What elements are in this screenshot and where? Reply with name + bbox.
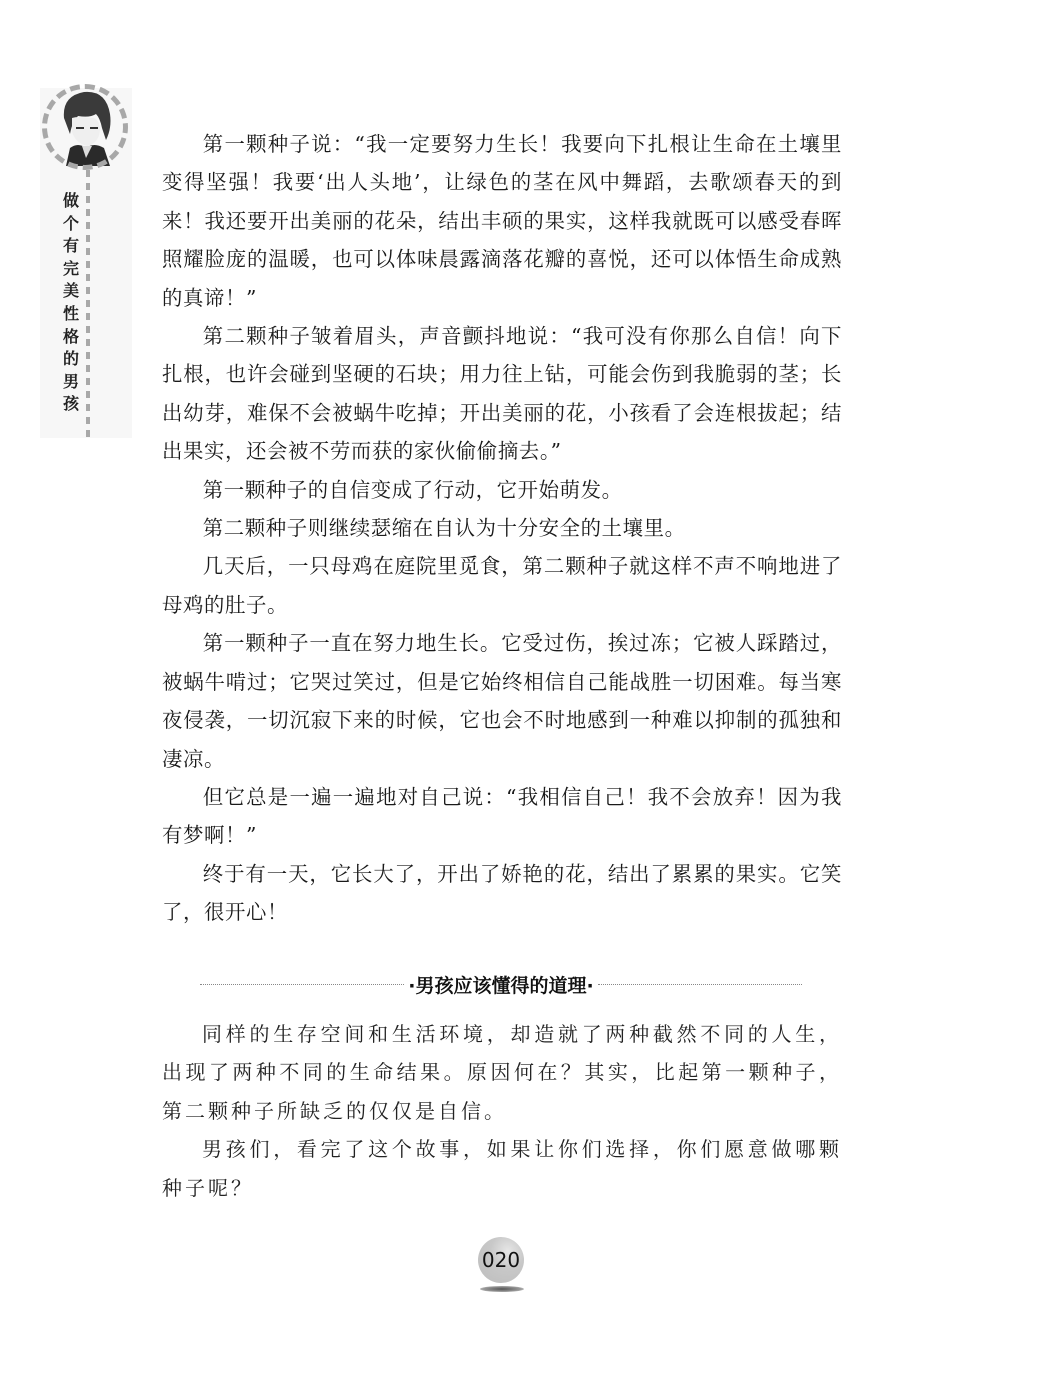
- series-title-char: 做: [63, 190, 79, 213]
- avatar-frame-ring: [42, 84, 128, 170]
- story-body: 第一颗种子说：“我一定要努力生长！我要向下扎根让生命在土壤里变得坚强！我要‘出人…: [162, 125, 842, 932]
- series-title-char: 的: [63, 348, 79, 371]
- series-title-vertical: 做 个 有 完 美 性 格 的 男 孩: [58, 190, 84, 416]
- series-title-char: 男: [63, 371, 79, 394]
- section-divider: ·男孩应该懂得的道理·: [200, 966, 802, 1002]
- lesson-paragraph: 同样的生存空间和生活环境，却造就了两种截然不同的人生，出现了两种不同的生命结果。…: [162, 1015, 842, 1130]
- divider-dotted-rule-right: [598, 984, 802, 985]
- divider-dotted-rule-left: [200, 984, 404, 985]
- page-number: 020: [482, 1248, 520, 1272]
- story-paragraph: 第一颗种子的自信变成了行动，它开始萌发。: [162, 471, 842, 509]
- story-paragraph: 几天后，一只母鸡在庭院里觅食，第二颗种子就这样不声不响地进了母鸡的肚子。: [162, 547, 842, 624]
- series-title-char: 孩: [63, 393, 79, 416]
- series-title-char: 格: [63, 326, 79, 349]
- sidebar-dotted-line: [86, 170, 90, 438]
- lesson-paragraph: 男孩们，看完了这个故事，如果让你们选择，你们愿意做哪颗种子呢？: [162, 1130, 842, 1207]
- series-title-char: 个: [63, 213, 79, 236]
- series-title-char: 有: [63, 235, 79, 258]
- page-badge-shadow: [480, 1286, 524, 1292]
- story-paragraph: 第一颗种子一直在努力地生长。它受过伤，挨过冻；它被人踩踏过，被蜗牛啃过；它哭过笑…: [162, 624, 842, 778]
- lesson-body: 同样的生存空间和生活环境，却造就了两种截然不同的人生，出现了两种不同的生命结果。…: [162, 1015, 842, 1207]
- series-title-char: 美: [63, 280, 79, 303]
- page-number-badge: 020: [478, 1237, 524, 1283]
- section-heading: ·男孩应该懂得的道理·: [404, 971, 597, 998]
- story-paragraph: 但它总是一遍一遍地对自己说：“我相信自己！我不会放弃！因为我有梦啊！”: [162, 778, 842, 855]
- story-paragraph: 终于有一天，它长大了，开出了娇艳的花，结出了累累的果实。它笑了，很开心！: [162, 855, 842, 932]
- story-paragraph: 第二颗种子皱着眉头，声音颤抖地说：“我可没有你那么自信！向下扎根，也许会碰到坚硬…: [162, 317, 842, 471]
- series-title-char: 性: [63, 303, 79, 326]
- story-paragraph: 第二颗种子则继续瑟缩在自认为十分安全的土壤里。: [162, 509, 842, 547]
- series-title-char: 完: [63, 258, 79, 281]
- story-paragraph: 第一颗种子说：“我一定要努力生长！我要向下扎根让生命在土壤里变得坚强！我要‘出人…: [162, 125, 842, 317]
